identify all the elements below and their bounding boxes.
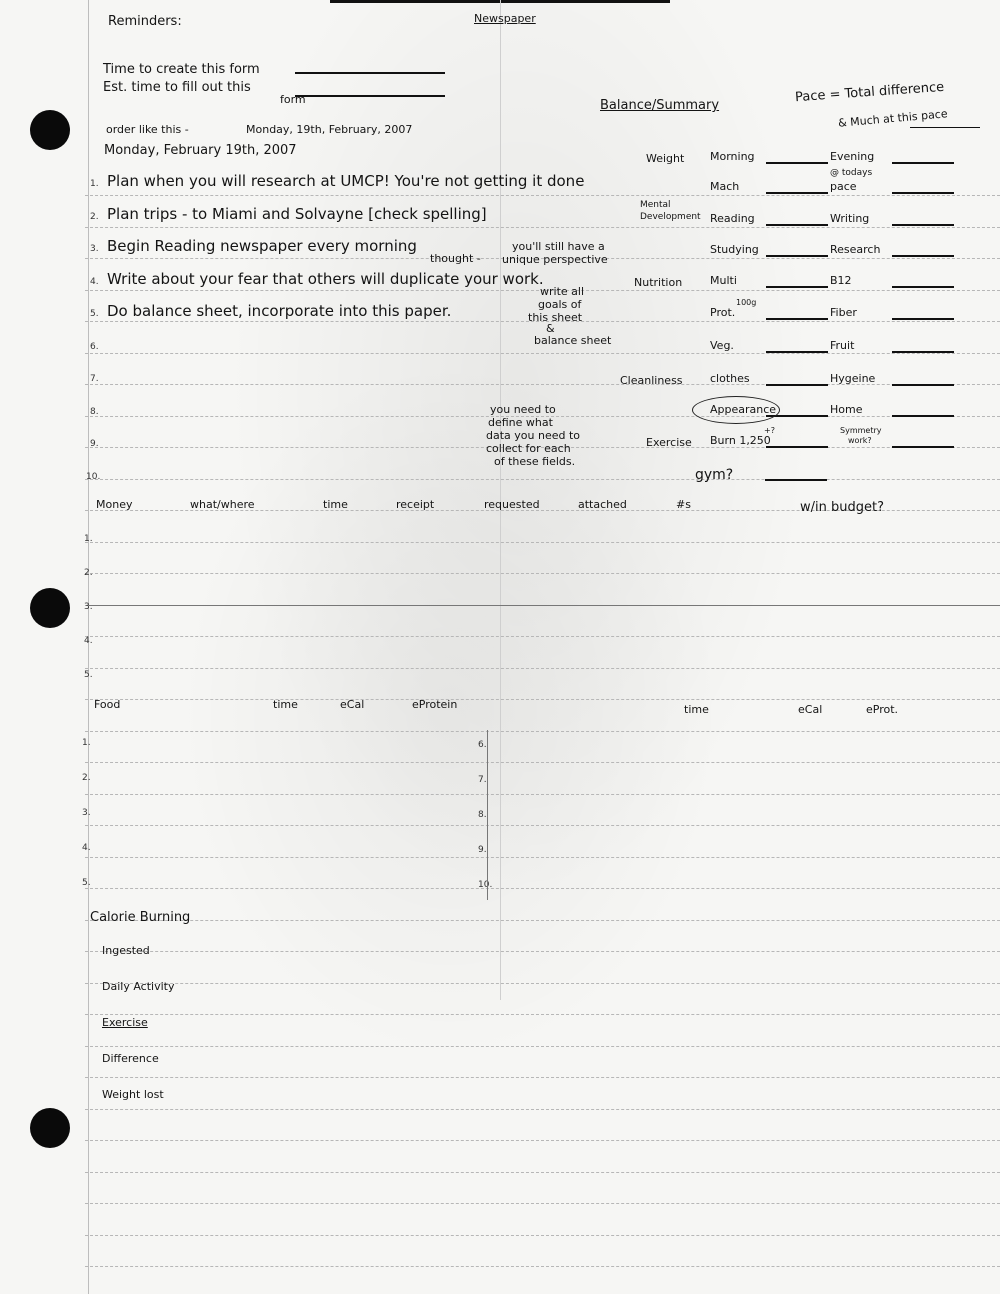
reminder-number: 3.: [90, 244, 99, 254]
ruled-line: [85, 983, 1000, 984]
ruled-line: [85, 1140, 1000, 1141]
balance-field-input[interactable]: [766, 318, 828, 320]
ruled-line: [85, 825, 1000, 826]
food-column-header: eProtein: [412, 698, 457, 711]
side-note-perspective: you'll still have a: [512, 240, 605, 253]
balance-field-input[interactable]: [892, 162, 954, 164]
side-note-goals: this sheet: [528, 311, 582, 324]
food-column-header: eCal: [798, 703, 822, 716]
food-column-header: time: [273, 698, 298, 711]
food-column-header: eProt.: [866, 703, 898, 716]
balance-field-sup: 100g: [736, 298, 756, 307]
ruled-line: [85, 699, 1000, 700]
appearance-circle: [692, 396, 780, 424]
ruled-line: [85, 1046, 1000, 1047]
food-row-number: 6.: [478, 740, 487, 750]
balance-field-label: Mach: [710, 180, 739, 193]
pace-note: Pace = Total difference: [795, 80, 945, 105]
calorie-item: Exercise: [102, 1016, 148, 1029]
balance-field-label: Fruit: [830, 339, 854, 352]
food-row-number: 2.: [82, 773, 91, 783]
balance-title: Balance/Summary: [600, 98, 719, 113]
reminder-number: 5.: [90, 309, 99, 319]
balance-field-input[interactable]: [892, 318, 954, 320]
reminder-number: 1.: [90, 179, 99, 189]
money-row-number: 5.: [84, 670, 93, 680]
food-column-header: eCal: [340, 698, 364, 711]
reminder-number: 9.: [90, 439, 99, 449]
balance-field-input[interactable]: [766, 192, 828, 194]
food-row-number: 10.: [478, 880, 492, 890]
balance-field-label: Reading: [710, 212, 755, 225]
balance-field-label: clothes: [710, 372, 750, 385]
reminder-number: 10.: [86, 472, 100, 482]
calorie-title: Calorie Burning: [90, 910, 190, 925]
side-note-goals: balance sheet: [534, 334, 611, 347]
money-column-header: time: [323, 498, 348, 511]
side-note-define: you need to: [490, 403, 556, 416]
balance-category: Weight: [646, 152, 684, 165]
reminder-item[interactable]: Begin Reading newspaper every morning: [107, 237, 417, 255]
reminder-item[interactable]: Plan when you will research at UMCP! You…: [107, 172, 584, 190]
money-column-header: w/in budget?: [800, 500, 884, 515]
ruled-line: [85, 573, 1000, 574]
money-row-number: 3.: [84, 602, 93, 612]
binder-hole: [30, 1108, 70, 1148]
balance-field-input[interactable]: [766, 255, 828, 257]
create-time-field[interactable]: [295, 72, 445, 74]
food-column-header: time: [684, 703, 709, 716]
balance-field-input[interactable]: [892, 286, 954, 288]
ruled-line: [85, 1014, 1000, 1015]
ruled-line: [85, 542, 1000, 543]
balance-field-label: Studying: [710, 243, 759, 256]
notebook-page: Reminders: Newspaper Time to create this…: [0, 0, 1000, 1294]
side-note-define: define what: [488, 416, 553, 429]
side-note-goals: write all: [540, 285, 584, 298]
ruled-line: [85, 227, 1000, 228]
reminder-number: 8.: [90, 407, 99, 417]
reminder-number: 6.: [90, 342, 99, 352]
balance-field-input[interactable]: [765, 479, 827, 481]
fill-time-field[interactable]: [295, 95, 445, 97]
ruled-line: [85, 794, 1000, 795]
balance-field-label: B12: [830, 274, 852, 287]
food-row-number: 1.: [82, 738, 91, 748]
ruled-line: [85, 636, 1000, 637]
binder-hole: [30, 588, 70, 628]
balance-field-input[interactable]: [892, 415, 954, 417]
balance-field-input[interactable]: [892, 192, 954, 194]
balance-field-input[interactable]: [766, 446, 828, 448]
money-row-number: 2.: [84, 568, 93, 578]
ruled-line: [85, 1266, 1000, 1267]
balance-field-input[interactable]: [766, 224, 828, 226]
balance-field-label: Veg.: [710, 339, 734, 352]
calorie-item: Weight lost: [102, 1088, 164, 1101]
money-column-header: requested: [484, 498, 540, 511]
ruled-line: [85, 1109, 1000, 1110]
balance-field-label: Fiber: [830, 306, 857, 319]
balance-field-input[interactable]: [892, 351, 954, 353]
money-column-header: attached: [578, 498, 627, 511]
balance-field-input[interactable]: [766, 384, 828, 386]
reminder-number: 4.: [90, 277, 99, 287]
fill-time-label: Est. time to fill out this: [103, 80, 251, 95]
side-note-perspective: unique perspective: [502, 253, 608, 266]
balance-field-label: pace: [830, 180, 857, 193]
balance-field-label: Home: [830, 403, 862, 416]
balance-field-label: Symmetry: [840, 426, 881, 435]
money-row-number: 1.: [84, 534, 93, 544]
reminder-item[interactable]: Do balance sheet, incorporate into this …: [107, 302, 451, 320]
food-column-divider: [487, 730, 488, 900]
ruled-line: [85, 1077, 1000, 1078]
ruled-line: [85, 1235, 1000, 1236]
balance-field-label: work?: [848, 436, 872, 445]
ruled-line: [85, 353, 1000, 354]
balance-field-label: Evening: [830, 150, 874, 163]
ruled-line: [85, 479, 1000, 480]
balance-field-input[interactable]: [766, 286, 828, 288]
money-column-header: #s: [676, 498, 691, 511]
calorie-item: Daily Activity: [102, 980, 174, 993]
ruled-line: [85, 951, 1000, 952]
ruled-line: [85, 1172, 1000, 1173]
date: Monday, February 19th, 2007: [104, 143, 297, 158]
reminder-item[interactable]: Write about your fear that others will d…: [107, 270, 544, 288]
balance-field-label: Hygeine: [830, 372, 875, 385]
calorie-item: Difference: [102, 1052, 159, 1065]
money-row-number: 4.: [84, 636, 93, 646]
reminders-label: Reminders:: [108, 14, 182, 29]
balance-field-label: Multi: [710, 274, 737, 287]
ruled-line: [85, 668, 1000, 669]
ruled-line: [85, 195, 1000, 196]
balance-category: Exercise: [646, 436, 692, 449]
reminder-number: 7.: [90, 374, 99, 384]
side-note-define: collect for each: [486, 442, 571, 455]
balance-category: Nutrition: [634, 276, 682, 289]
balance-field-input[interactable]: [892, 255, 954, 257]
side-note-thought: thought -: [430, 252, 481, 265]
food-row-number: 9.: [478, 845, 487, 855]
ruled-line: [85, 920, 1000, 921]
balance-field-label: Writing: [830, 212, 869, 225]
page-title: Newspaper: [474, 12, 536, 25]
food-row-number: 3.: [82, 808, 91, 818]
calorie-item: Ingested: [102, 944, 150, 957]
balance-field-label: Morning: [710, 150, 755, 163]
order-note-example: Monday, 19th, February, 2007: [246, 123, 412, 136]
balance-field-input[interactable]: [766, 162, 828, 164]
balance-field-label: gym?: [695, 467, 733, 483]
money-column-header: receipt: [396, 498, 434, 511]
pace-divider: [910, 127, 980, 128]
balance-category: Development: [640, 212, 701, 222]
balance-category: Mental: [640, 200, 671, 210]
money-row-line: [88, 605, 1000, 606]
money-column-header: Money: [96, 498, 132, 511]
ruled-line: [85, 731, 1000, 732]
balance-field-label: Burn 1,250: [710, 434, 771, 447]
balance-field-label: Research: [830, 243, 880, 256]
order-note-label: order like this -: [106, 123, 189, 136]
reminder-item[interactable]: Plan trips - to Miami and Solvayne [chec…: [107, 205, 487, 223]
food-row-number: 5.: [82, 878, 91, 888]
reminder-number: 2.: [90, 212, 99, 222]
balance-field-input[interactable]: [766, 351, 828, 353]
balance-field-input[interactable]: [892, 384, 954, 386]
food-column-header: Food: [94, 698, 120, 711]
food-row-number: 7.: [478, 775, 487, 785]
food-row-number: 8.: [478, 810, 487, 820]
side-note-define: of these fields.: [494, 455, 575, 468]
ruled-line: [85, 857, 1000, 858]
food-row-number: 4.: [82, 843, 91, 853]
balance-field-label: @ todays: [830, 168, 872, 178]
balance-field-input[interactable]: [892, 446, 954, 448]
binder-hole: [30, 110, 70, 150]
balance-category: Cleanliness: [620, 374, 683, 387]
side-note-goals: goals of: [538, 298, 581, 311]
balance-field-label: Prot.: [710, 306, 735, 319]
ruled-line: [85, 888, 1000, 889]
side-note-define: data you need to: [486, 429, 580, 442]
ruled-line: [85, 1203, 1000, 1204]
ruled-line: [85, 762, 1000, 763]
balance-field-input[interactable]: [892, 224, 954, 226]
money-column-header: what/where: [190, 498, 255, 511]
balance-field-sup: +?: [764, 426, 775, 435]
create-time-label: Time to create this form: [103, 62, 260, 77]
